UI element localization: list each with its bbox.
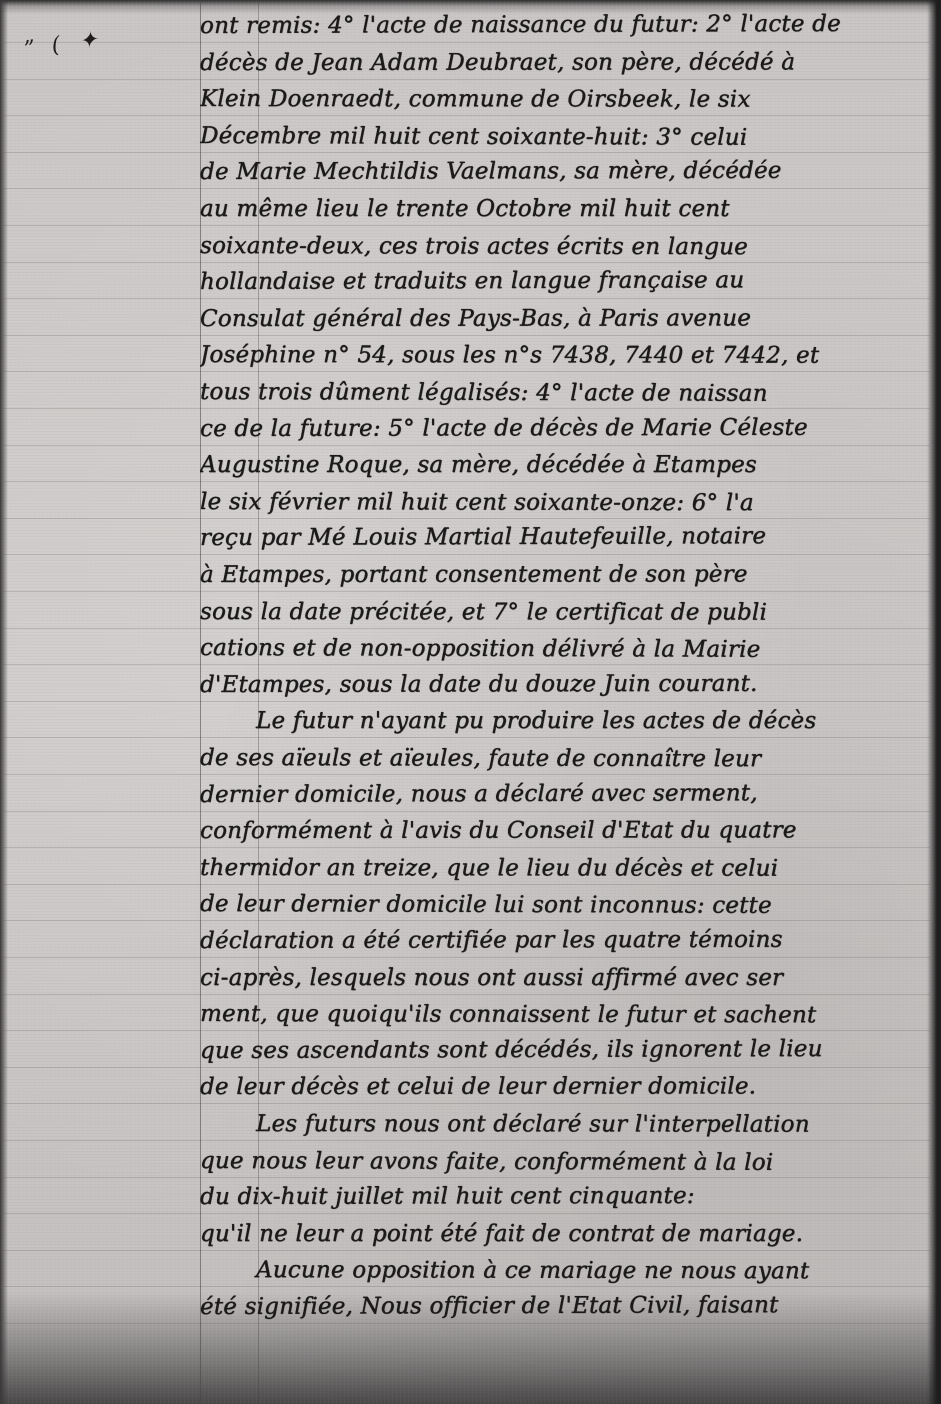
handwritten-line: thermidor an treize, que le lieu du décè… xyxy=(200,850,935,887)
handwritten-line: d'Etampes, sous la date du douze Juin co… xyxy=(200,665,935,703)
handwritten-line: le six février mil huit cent soixante-on… xyxy=(200,484,935,522)
handwritten-line: ce de la future: 5° l'acte de décès de M… xyxy=(200,409,935,447)
handwritten-line: tous trois dûment légalisés: 4° l'acte d… xyxy=(200,374,935,412)
handwritten-line: Les futurs nous ont déclaré sur l'interp… xyxy=(200,1106,935,1143)
handwritten-line: de leur dernier domicile lui sont inconn… xyxy=(200,886,935,924)
handwritten-line: à Etampes, portant consentement de son p… xyxy=(200,556,935,593)
margin-annotation: ” ( ✦ xyxy=(10,20,190,170)
handwritten-line: Joséphine n° 54, sous les n°s 7438, 7440… xyxy=(200,337,935,374)
handwritten-line: décès de Jean Adam Deubraet, son père, d… xyxy=(200,44,935,81)
handwritten-line: qu'il ne leur a point été fait de contra… xyxy=(200,1216,935,1252)
page-left-edge xyxy=(0,0,8,1404)
handwritten-line: de Marie Mechtildis Vaelmans, sa mère, d… xyxy=(200,153,935,191)
handwritten-line: ont remis: 4° l'acte de naissance du fut… xyxy=(200,6,935,44)
handwritten-line: Consulat général des Pays-Bas, à Paris a… xyxy=(200,300,935,337)
margin-annotation-marks: ” ( ✦ xyxy=(23,27,105,63)
handwritten-line: de leur décès et celui de leur dernier d… xyxy=(200,1069,935,1106)
handwritten-line: reçu par Mé Louis Martial Hautefeuille, … xyxy=(200,518,935,556)
handwritten-line: Décembre mil huit cent soixante-huit: 3°… xyxy=(200,118,935,156)
handwritten-line: Augustine Roque, sa mère, décédée à Etam… xyxy=(200,447,935,483)
handwritten-line: soixante-deux, ces trois actes écrits en… xyxy=(200,228,935,266)
handwritten-line: que ses ascendants sont décédés, ils ign… xyxy=(200,1030,935,1068)
handwritten-line: déclaration a été certifiée par les quat… xyxy=(200,921,935,959)
handwritten-line: ment, que quoiqu'ils connaissent le futu… xyxy=(200,996,935,1034)
handwritten-line: conformément à l'avis du Conseil d'Etat … xyxy=(200,812,935,849)
handwritten-line: hollandaise et traduits en langue frança… xyxy=(200,262,935,300)
handwritten-line: du dix-huit juillet mil huit cent cinqua… xyxy=(200,1178,935,1216)
handwritten-line: ci-après, lesquels nous ont aussi affirm… xyxy=(200,960,935,996)
handwritten-line: au même lieu le trente Octobre mil huit … xyxy=(200,191,935,227)
scanned-document-page: ” ( ✦ ont remis: 4° l'acte de naissance … xyxy=(0,0,941,1404)
handwritten-line: été signifiée, Nous officier de l'Etat C… xyxy=(200,1287,935,1325)
handwritten-line: Aucune opposition à ce mariage ne nous a… xyxy=(200,1252,935,1290)
handwritten-line: cations et de non-opposition délivré à l… xyxy=(200,630,935,668)
handwritten-line: dernier domicile, nous a déclaré avec se… xyxy=(200,774,935,812)
handwritten-line: Klein Doenraedt, commune de Oirsbeek, le… xyxy=(200,81,935,118)
handwritten-line: que nous leur avons faite, conformément … xyxy=(200,1143,935,1181)
handwritten-line: Le futur n'ayant pu produire les actes d… xyxy=(200,703,935,739)
handwritten-line: de ses aïeuls et aïeules, faute de conna… xyxy=(200,740,935,778)
handwritten-line: sous la date précitée, et 7° le certific… xyxy=(200,594,935,631)
